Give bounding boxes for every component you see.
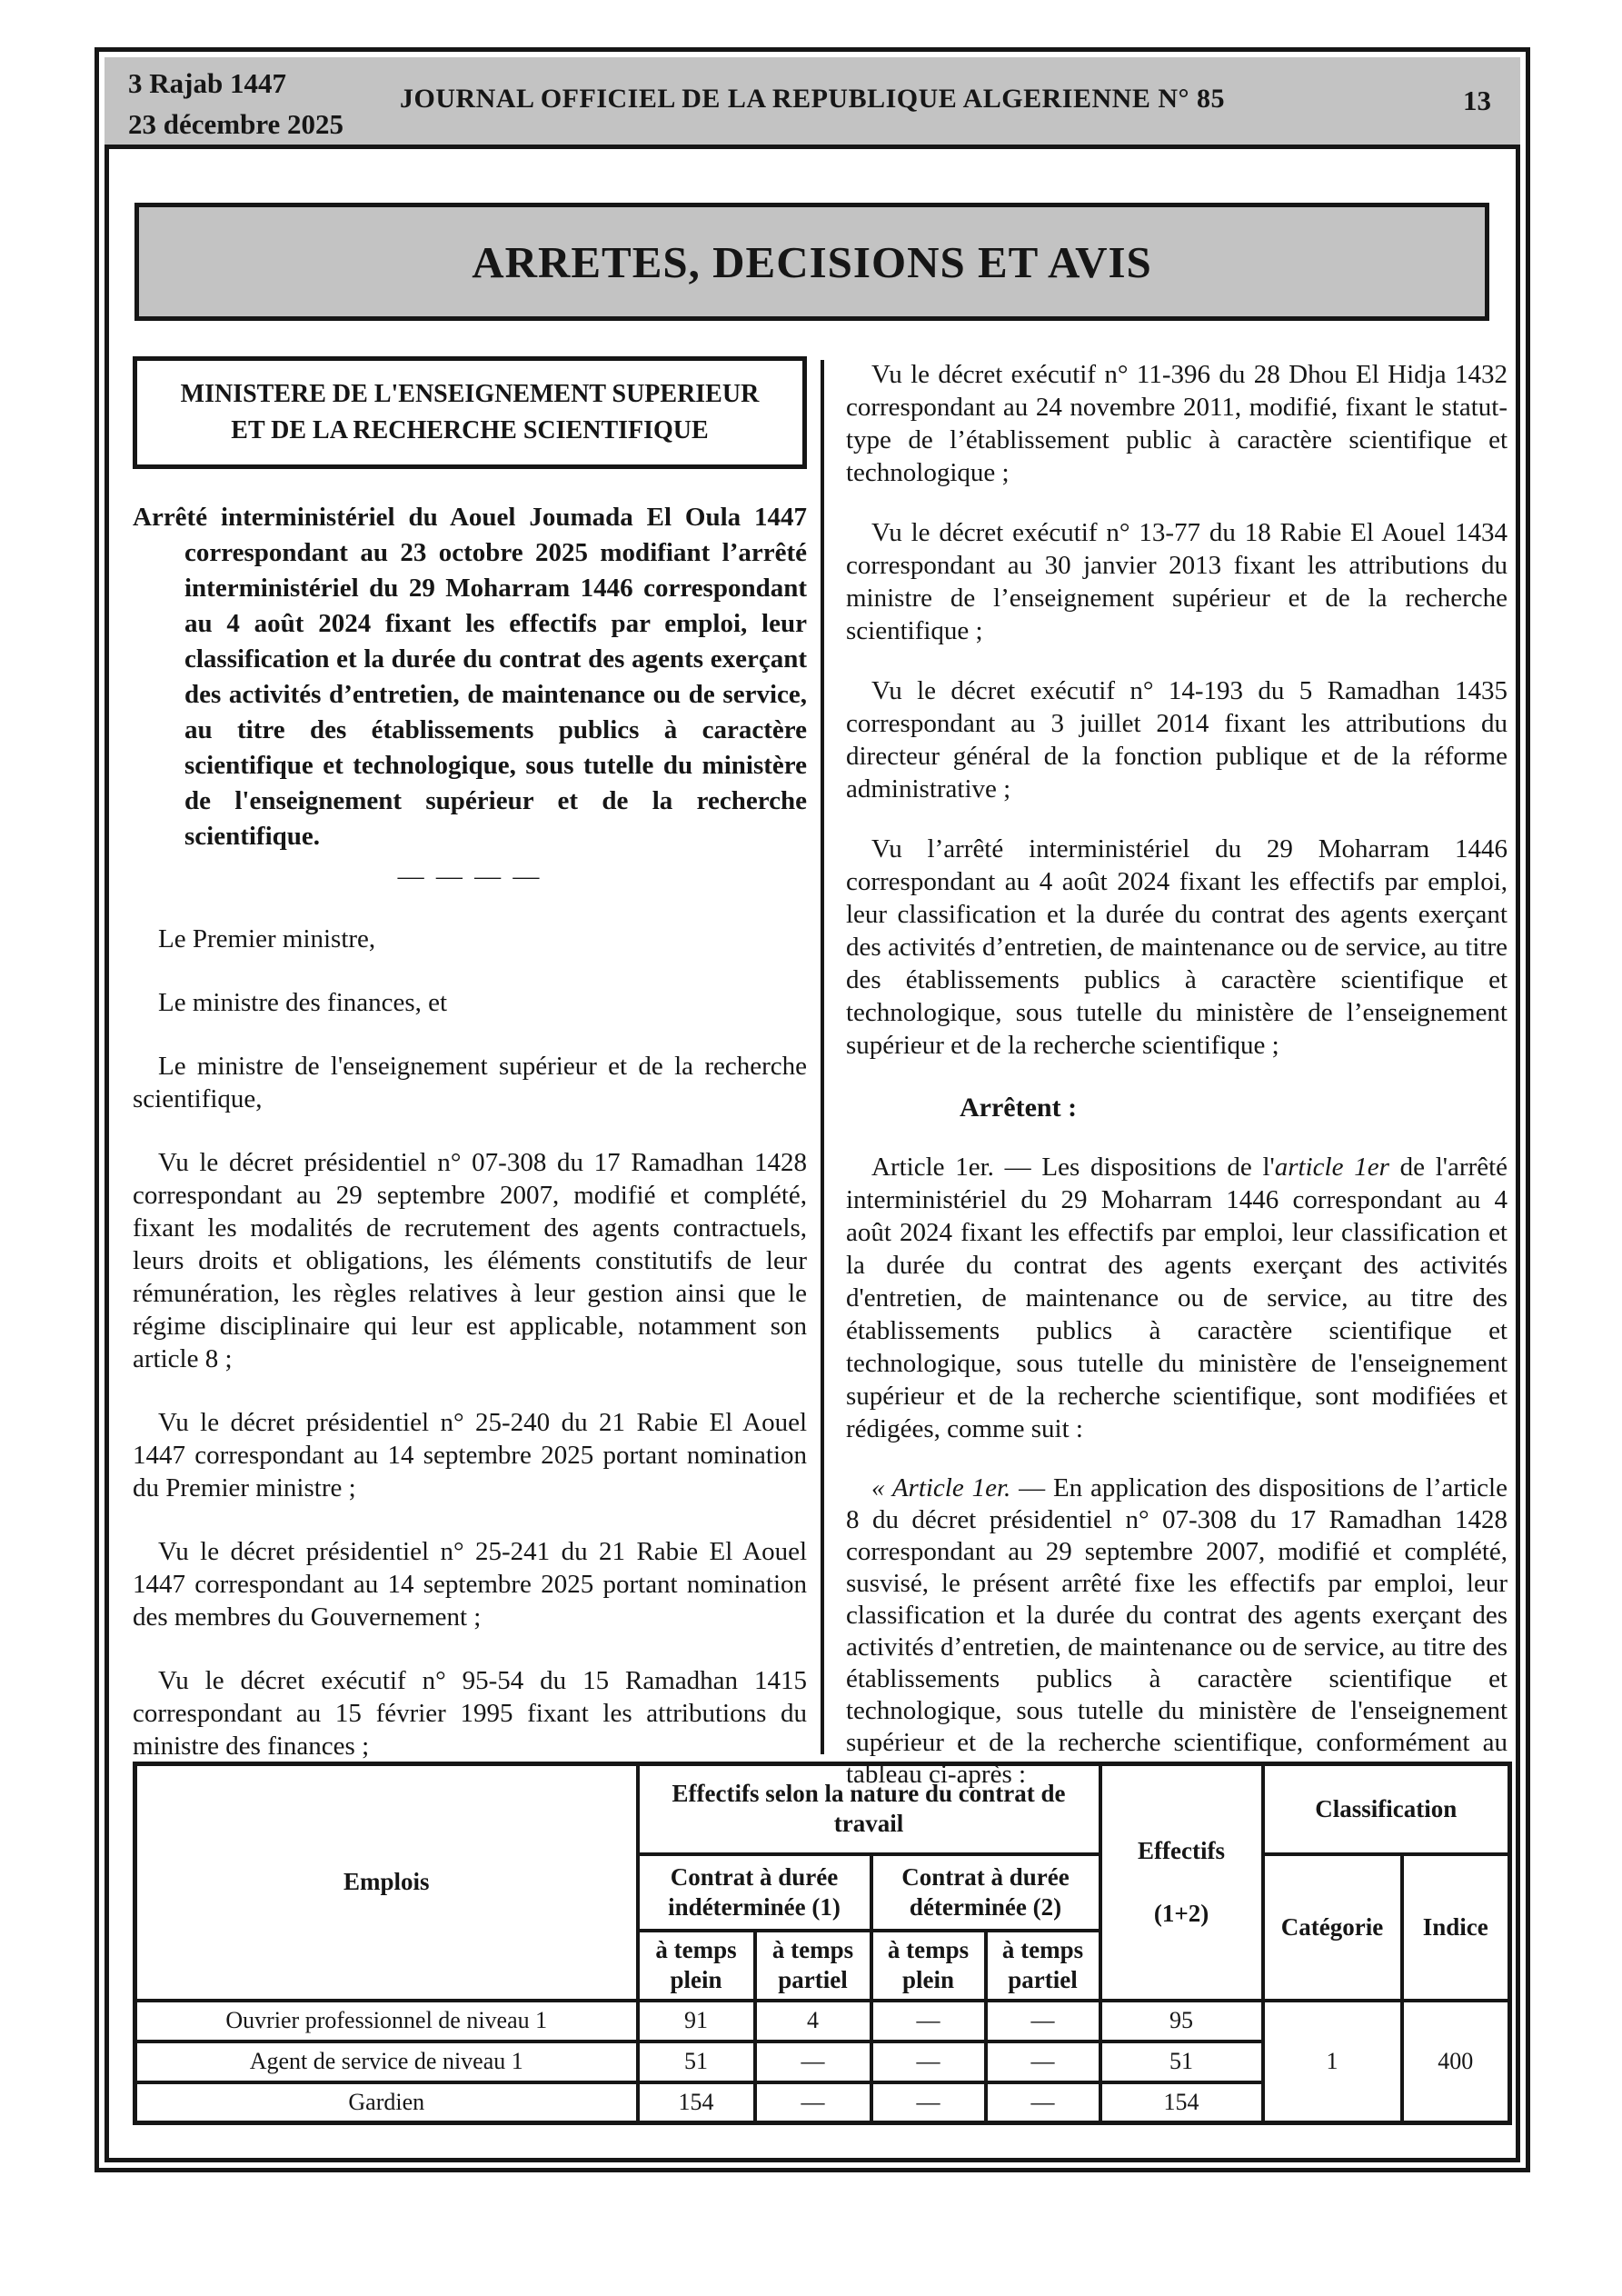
cell-cdd-partiel: —	[986, 2001, 1100, 2041]
cell-cdi-partiel: 4	[755, 2001, 871, 2041]
cell-total: 95	[1100, 2001, 1263, 2041]
th-cdi-temps-partiel: à temps partiel	[755, 1931, 871, 2001]
section-banner: ARRETES, DECISIONS ET AVIS	[134, 203, 1489, 321]
th-effectifs-total: Effectifs (1+2)	[1100, 1764, 1263, 2001]
article-1-text-pre: Article 1er. — Les dispositions de l'	[871, 1153, 1275, 1182]
visa-decret-25-241: Vu le décret présidentiel n° 25-241 du 2…	[133, 1535, 807, 1633]
th-effectifs-line2: (1+2)	[1110, 1899, 1254, 1929]
cell-cdd-plein: —	[871, 2082, 986, 2123]
visa-decret-07-308: Vu le décret présidentiel n° 07-308 du 1…	[133, 1146, 807, 1375]
article-1-text-italic: article 1er	[1275, 1153, 1389, 1182]
cell-emploi: Agent de service de niveau 1	[135, 2041, 638, 2082]
page-number: 13	[1463, 85, 1491, 117]
th-emplois: Emplois	[135, 1764, 638, 2001]
masthead: 3 Rajab 1447 23 décembre 2025 JOURNAL OF…	[104, 57, 1520, 149]
cell-cdi-plein: 154	[638, 2082, 755, 2123]
visa-decret-25-240: Vu le décret présidentiel n° 25-240 du 2…	[133, 1406, 807, 1504]
cell-emploi: Gardien	[135, 2082, 638, 2123]
cell-cdd-partiel: —	[986, 2082, 1100, 2123]
paragraph-ministre-enseignement: Le ministre de l'enseignement supérieur …	[133, 1050, 807, 1115]
cell-emploi: Ouvrier professionnel de niveau 1	[135, 2001, 638, 2041]
cell-total: 51	[1100, 2041, 1263, 2082]
article-1-paragraph: Article 1er. — Les dispositions de l'art…	[846, 1151, 1508, 1445]
effectifs-table: Emplois Effectifs selon la nature du con…	[133, 1762, 1512, 2125]
cell-cdi-plein: 51	[638, 2041, 755, 2082]
paragraph-premier-ministre: Le Premier ministre,	[133, 923, 807, 955]
ministry-box: MINISTERE DE L'ENSEIGNEMENT SUPERIEUR ET…	[133, 356, 807, 469]
th-effectifs-line1: Effectifs	[1110, 1836, 1254, 1866]
journal-page: 3 Rajab 1447 23 décembre 2025 JOURNAL OF…	[0, 0, 1622, 2296]
arretent-heading: Arrêtent :	[960, 1093, 1508, 1123]
left-column: MINISTERE DE L'ENSEIGNEMENT SUPERIEUR ET…	[133, 356, 807, 1762]
cell-cdi-plein: 91	[638, 2001, 755, 2041]
th-cdd-temps-plein: à temps plein	[871, 1931, 986, 2001]
ministry-box-line1: MINISTERE DE L'ENSEIGNEMENT SUPERIEUR	[137, 376, 802, 413]
column-divider-rule	[821, 360, 824, 1754]
th-cdd: Contrat à durée déterminée (2)	[871, 1854, 1100, 1931]
visa-decret-14-193: Vu le décret exécutif n° 14-193 du 5 Ram…	[846, 674, 1508, 805]
visa-arrete-29-moharram: Vu l’arrêté interministériel du 29 Mohar…	[846, 833, 1508, 1062]
cell-categorie: 1	[1263, 2001, 1402, 2123]
table-row: Ouvrier professionnel de niveau 1 91 4 —…	[135, 2001, 1510, 2041]
th-cdd-temps-partiel: à temps partiel	[986, 1931, 1100, 2001]
article-1-quoted-text: — En application des dispositions de l’a…	[846, 1473, 1508, 1789]
cell-cdd-plein: —	[871, 2001, 986, 2041]
section-banner-title: ARRETES, DECISIONS ET AVIS	[472, 236, 1152, 288]
visa-decret-13-77: Vu le décret exécutif n° 13-77 du 18 Rab…	[846, 516, 1508, 647]
cell-total: 154	[1100, 2082, 1263, 2123]
article-1-quoted-paragraph: « Article 1er. — En application des disp…	[846, 1472, 1508, 1791]
th-cdi: Contrat à durée indéterminée (1)	[638, 1854, 871, 1931]
journal-title: JOURNAL OFFICIEL DE LA REPUBLIQUE ALGERI…	[104, 57, 1520, 140]
cell-cdd-partiel: —	[986, 2041, 1100, 2082]
cell-cdi-partiel: —	[755, 2041, 871, 2082]
article-1-quoted-italic: « Article 1er.	[871, 1473, 1010, 1502]
visa-decret-11-396: Vu le décret exécutif n° 11-396 du 28 Dh…	[846, 358, 1508, 489]
article-1-text-post: de l'arrêté interministériel du 29 Mohar…	[846, 1153, 1508, 1443]
th-categorie: Catégorie	[1263, 1854, 1402, 2001]
th-classification: Classification	[1263, 1764, 1510, 1854]
th-indice: Indice	[1402, 1854, 1510, 2001]
cell-cdi-partiel: —	[755, 2082, 871, 2123]
th-cdi-temps-plein: à temps plein	[638, 1931, 755, 2001]
cell-indice: 400	[1402, 2001, 1510, 2123]
right-column: Vu le décret exécutif n° 11-396 du 28 Dh…	[846, 356, 1508, 1791]
decree-title-paragraph: Arrêté interministériel du Aouel Joumada…	[133, 500, 807, 854]
cell-cdd-plein: —	[871, 2041, 986, 2082]
ministry-box-line2: ET DE LA RECHERCHE SCIENTIFIQUE	[137, 413, 802, 449]
paragraph-ministre-finances: Le ministre des finances, et	[133, 986, 807, 1019]
section-separator: — — — —	[133, 862, 807, 892]
th-nature-contrat: Effectifs selon la nature du contrat de …	[638, 1764, 1100, 1854]
visa-decret-95-54: Vu le décret exécutif n° 95-54 du 15 Ram…	[133, 1664, 807, 1762]
